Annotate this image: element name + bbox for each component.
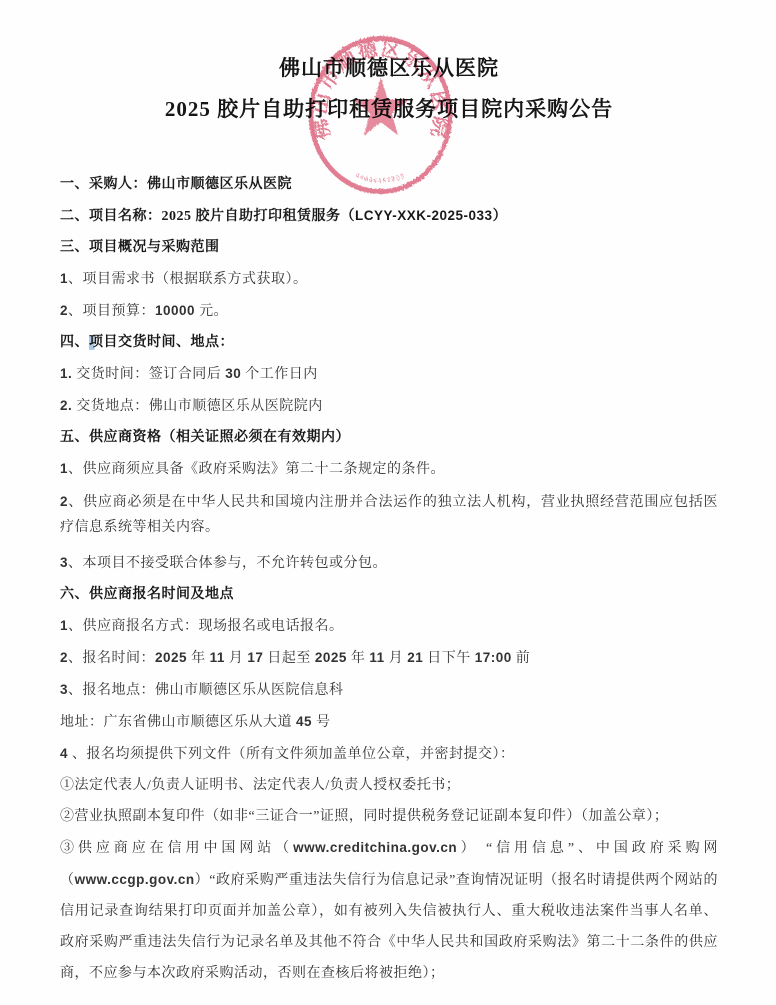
requirement-item: 1、项目需求书（根据联系方式获取）。 <box>60 263 718 295</box>
page-subtitle: 2025 胶片自助打印租赁服务项目院内采购公告 <box>60 95 718 123</box>
document-item-2: ②营业执照副本复印件（如非“三证合一”证照，同时提供税务登记证副本复印件）（加盖… <box>60 801 718 832</box>
delivery-time-item: 1. 交货时间：签订合同后 30 个工作日内 <box>60 358 718 390</box>
registration-address-item: 地址：广东省佛山市顺德区乐从大道 45 号 <box>60 706 718 738</box>
overview-heading: 三、项目概况与采购范围 <box>60 232 718 263</box>
qualification-item-3: 3、本项目不接受联合体参与，不允许转包或分包。 <box>60 547 718 579</box>
registration-place-item: 3、报名地点：佛山市顺德区乐从医院信息科 <box>60 674 718 706</box>
document-item-3: ③供应商应在信用中国网站（www.creditchina.gov.cn） “信用… <box>60 832 718 989</box>
document-content: 佛山市顺德区乐从医院 2025 胶片自助打印租赁服务项目院内采购公告 一、采购人… <box>60 0 718 989</box>
qualification-item-2: 2、供应商必须是在中华人民共和国境内注册并合法运作的独立法人机构，营业执照经营范… <box>60 489 718 540</box>
document-item-1: ①法定代表人/负责人证明书、法定代表人/负责人授权委托书； <box>60 770 718 801</box>
delivery-place-item: 2. 交货地点：佛山市顺德区乐从医院院内 <box>60 390 718 422</box>
project-name-heading: 二、项目名称：2025 胶片自助打印租赁服务（LCYY-XXK-2025-033… <box>60 200 718 232</box>
registration-method-item: 1、供应商报名方式：现场报名或电话报名。 <box>60 610 718 642</box>
registration-time-item: 2、报名时间：2025 年 11 月 17 日起至 2025 年 11 月 21… <box>60 642 718 674</box>
page-title: 佛山市顺德区乐从医院 <box>60 54 718 82</box>
purchaser-heading: 一、采购人：佛山市顺德区乐从医院 <box>60 169 718 200</box>
registration-heading: 六、供应商报名时间及地点 <box>60 579 718 610</box>
title-block: 佛山市顺德区乐从医院 2025 胶片自助打印租赁服务项目院内采购公告 <box>60 0 718 123</box>
qualification-item-1: 1、供应商须应具备《政府采购法》第二十二条规定的条件。 <box>60 453 718 485</box>
document-body: 一、采购人：佛山市顺德区乐从医院二、项目名称：2025 胶片自助打印租赁服务（L… <box>60 169 718 989</box>
documents-required-item: 4 、报名均须提供下列文件（所有文件须加盖单位公章，并密封提交）： <box>60 738 718 770</box>
selection-highlight: 项 <box>89 335 104 350</box>
budget-item: 2、项目预算：10000 元。 <box>60 295 718 327</box>
delivery-heading: 四、项目交货时间、地点： <box>60 327 718 358</box>
qualification-heading: 五、供应商资格（相关证照必须在有效期内） <box>60 422 718 453</box>
document-page: 佛山市顺德区乐从医院 2025 胶片自助打印租赁服务项目院内采购公告 一、采购人… <box>0 0 776 1005</box>
